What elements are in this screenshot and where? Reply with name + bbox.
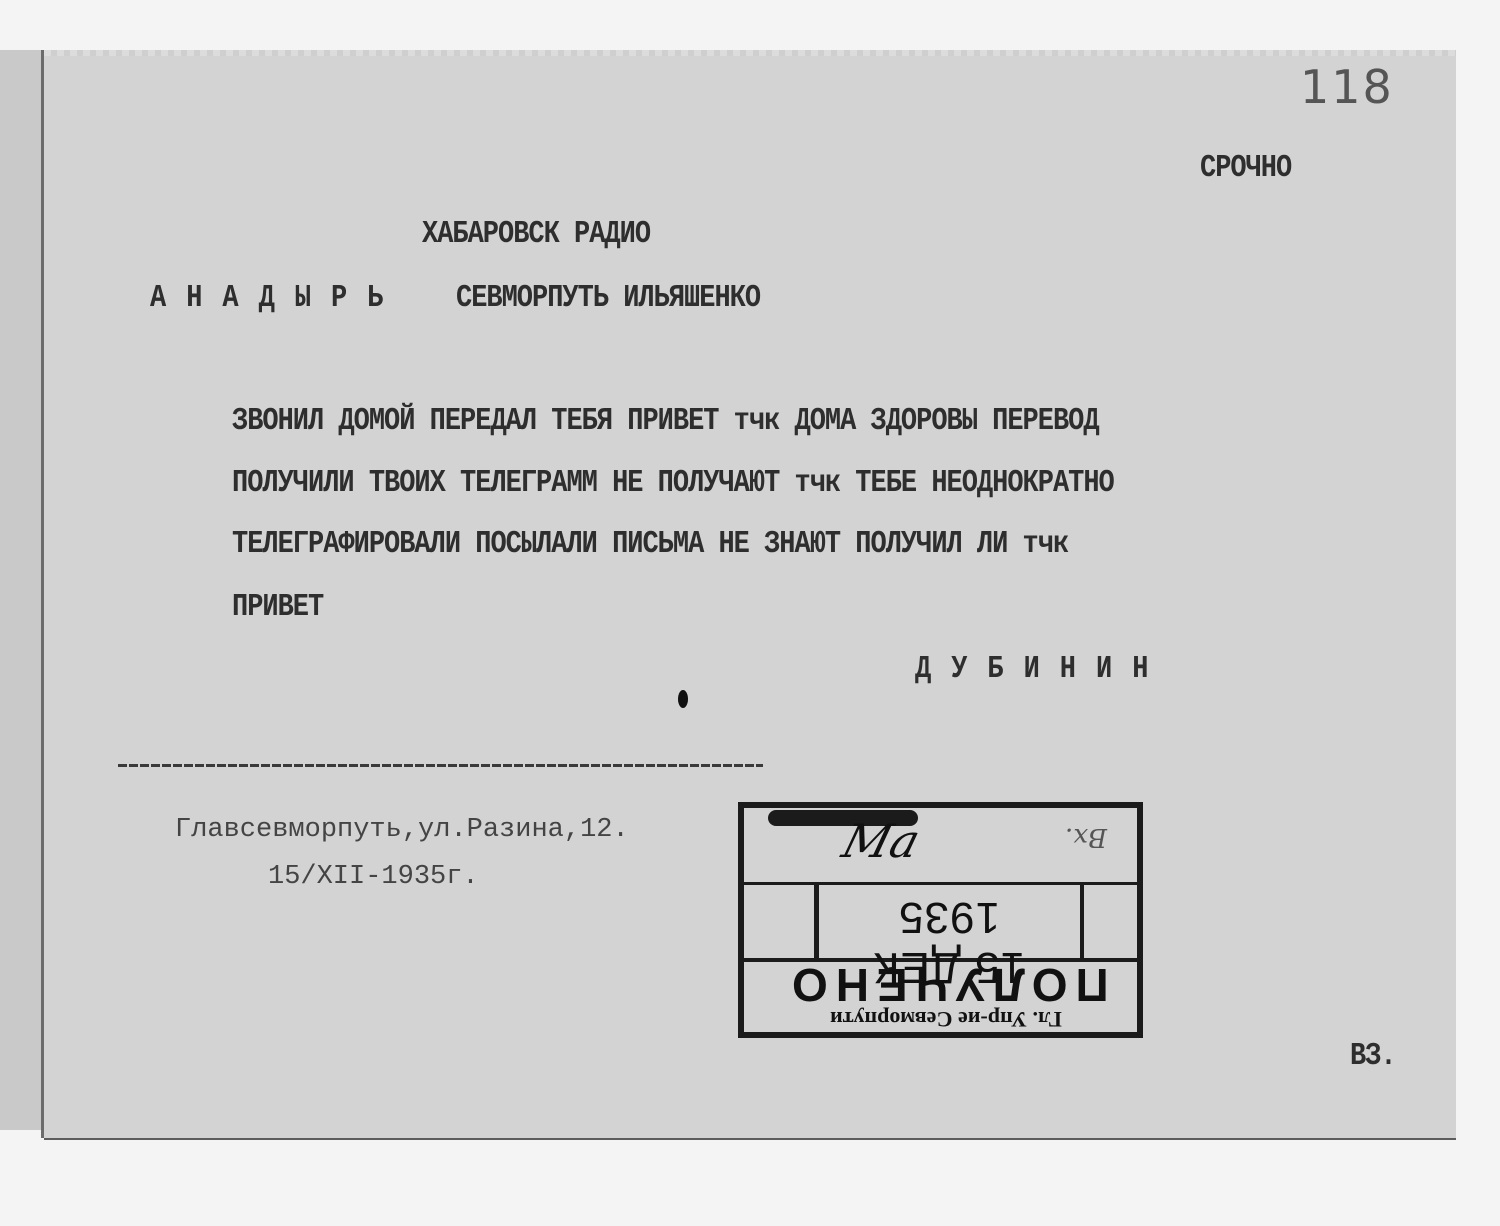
message-line: ЗВОНИЛ ДОМОЙ ПЕРЕДАЛ ТЕБЯ ПРИВЕТ тчк ДОМ… [232, 405, 1099, 440]
addressee-city: АНАДЫРЬ [150, 282, 403, 317]
message-line: ПРИВЕТ [232, 591, 323, 626]
stamp-status: ПОЛУЧЕНО [774, 958, 1119, 1012]
stamp-handwritten-signature: Ma [837, 814, 926, 868]
ink-mark [678, 690, 688, 708]
stamp-corner-mark: Вх. [1065, 822, 1107, 852]
sender-address: Главсевморпуть,ул.Разина,12. [175, 815, 629, 845]
message-line: ПОЛУЧИЛИ ТВОИХ ТЕЛЕГРАММ НЕ ПОЛУЧАЮТ тчк… [232, 467, 1114, 502]
page-number: 118 [1300, 60, 1394, 114]
priority-label: СРОЧНО [1200, 152, 1291, 187]
message-line: ТЕЛЕГРАФИРОВАЛИ ПОСЫЛАЛИ ПИСЬМА НЕ ЗНАЮТ… [232, 528, 1068, 563]
stamp-organization: Гл. Упр-ие Севморпути [756, 1006, 1136, 1032]
previous-page-edge [0, 50, 48, 1130]
typist-initials: ВЗ. [1350, 1040, 1396, 1075]
separator-line [118, 764, 763, 767]
sent-date: 15/XII-1935г. [268, 862, 479, 892]
routing-line: ХАБАРОВСК РАДИО [422, 218, 650, 253]
addressee-name: СЕВМОРПУТЬ ИЛЬЯШЕНКО [456, 282, 760, 317]
signature: ДУБИНИН [915, 653, 1168, 688]
received-stamp: Ma Вх. 15 ДЕК 1935 ПОЛУЧЕНО Гл. Упр-ие С… [738, 802, 1143, 1038]
